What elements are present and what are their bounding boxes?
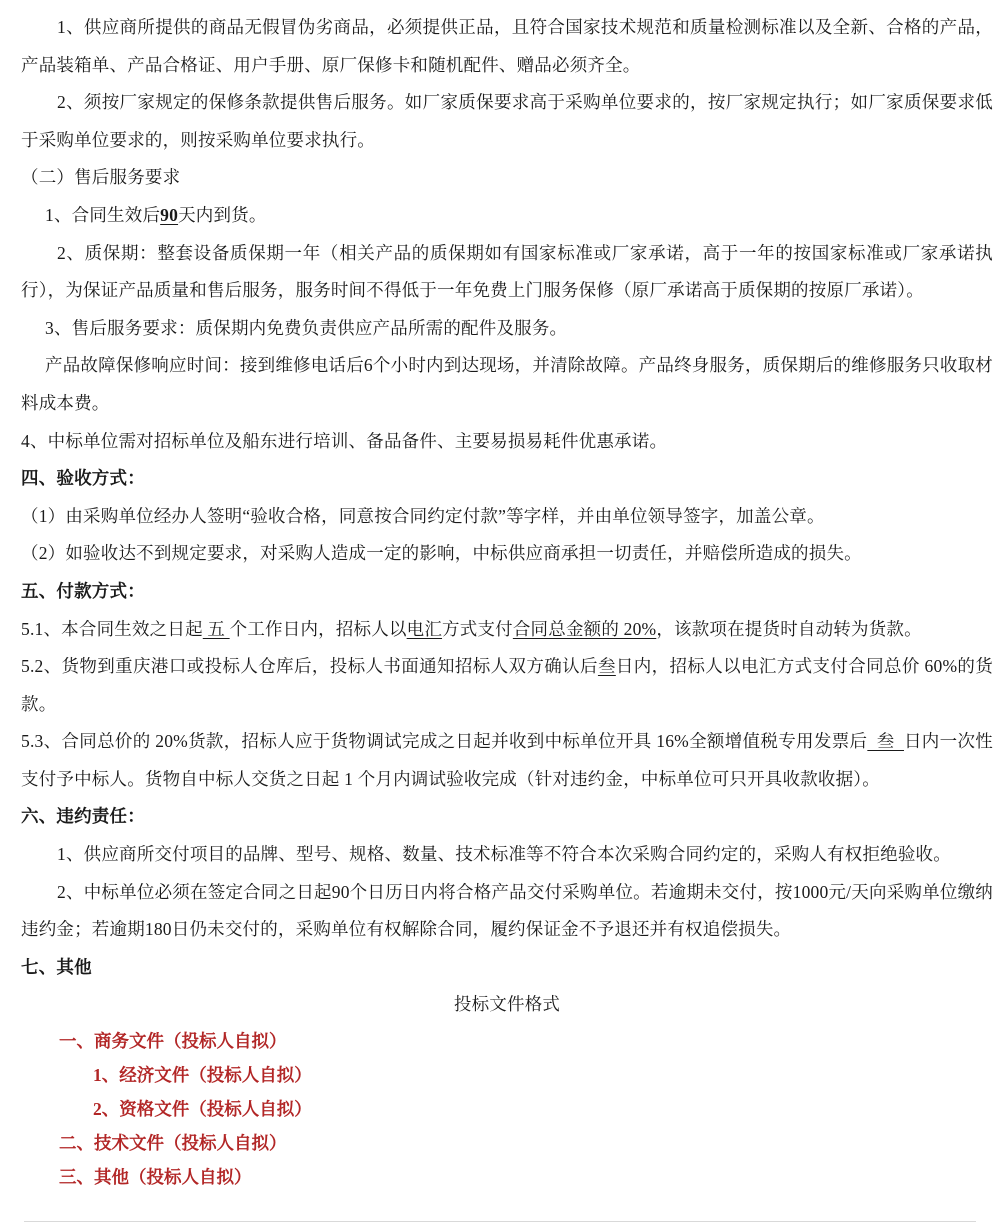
underlined-three-days-invoice: 叁 [867,731,904,751]
paragraph-breach-penalty: 2、中标单位必须在签定合同之日起90个日历日内将合格产品交付采购单位。若逾期未交… [21,874,993,949]
red-item-technical-documents: 二、技术文件（投标人自拟） [21,1126,993,1160]
underlined-contract-percentage: 合同总金额的 20% [513,619,656,639]
underlined-days-value: 90 [160,205,178,225]
text-run: 天内到货。 [178,205,267,225]
paragraph-delivery-deadline: 1、合同生效后90天内到货。 [21,197,993,235]
paragraph-payment-5-2: 5.2、货物到重庆港口或投标人仓库后，投标人书面通知招标人双方确认后叁日内，招标… [21,648,993,723]
heading-acceptance-method: 四、验收方式： [21,460,993,498]
document-body: 1、供应商所提供的商品无假冒伪劣商品，必须提供正品，且符合国家技术规范和质量检测… [0,0,1000,1194]
text-run: ，该款项在提货时自动转为货款。 [656,619,922,639]
red-item-commercial-documents: 一、商务文件（投标人自拟） [21,1024,993,1058]
paragraph-acceptance-signoff: （1）由采购单位经办人签明“验收合格，同意按合同约定付款”等字样，并由单位领导签… [21,498,993,536]
paragraph-acceptance-liability: （2）如验收达不到规定要求，对采购人造成一定的影响，中标供应商承担一切责任，并赔… [21,535,993,573]
heading-others: 七、其他 [21,949,993,987]
document-page: 1、供应商所提供的商品无假冒伪劣商品，必须提供正品，且符合国家技术规范和质量检测… [0,0,1000,1227]
paragraph-after-sales-service: 3、售后服务要求：质保期内免费负责供应产品所需的配件及服务。 [21,310,993,348]
heading-breach-liability: 六、违约责任： [21,798,993,836]
text-run: 方式支付 [442,619,513,639]
heading-after-sales-requirements: （二）售后服务要求 [21,159,993,197]
red-item-economic-documents: 1、经济文件（投标人自拟） [21,1058,993,1092]
paragraph-breach-rejection: 1、供应商所交付项目的品牌、型号、规格、数量、技术标准等不符合本次采购合同约定的… [21,836,993,874]
paragraph-payment-5-3: 5.3、合同总价的 20%货款，招标人应于货物调试完成之日起并收到中标单位开具 … [21,723,993,798]
paragraph-payment-5-1: 5.1、本合同生效之日起 五 个工作日内，招标人以电汇方式支付合同总金额的 20… [21,611,993,649]
heading-payment-method: 五、付款方式： [21,573,993,611]
bid-document-format-title: 投标文件格式 [21,986,993,1024]
underlined-workdays-value: 五 [203,619,230,639]
red-item-other-documents: 三、其他（投标人自拟） [21,1160,993,1194]
text-run: 个工作日内，招标人以 [230,619,407,639]
page-bottom-divider [24,1221,976,1222]
paragraph-repair-response-time: 产品故障保修响应时间：接到维修电话后6个小时内到达现场，并清除故障。产品终身服务… [21,347,993,422]
text-run: 5.1、本合同生效之日起 [21,619,203,639]
paragraph-manufacturer-warranty: 2、须按厂家规定的保修条款提供售后服务。如厂家质保要求高于采购单位要求的，按厂家… [21,84,993,159]
text-run: 5.3、合同总价的 20%货款，招标人应于货物调试完成之日起并收到中标单位开具 … [21,731,867,751]
paragraph-genuine-products: 1、供应商所提供的商品无假冒伪劣商品，必须提供正品，且符合国家技术规范和质量检测… [21,9,993,84]
underlined-three-days: 叁 [598,656,616,676]
paragraph-training-commitment: 4、中标单位需对招标单位及船东进行培训、备品备件、主要易损易耗件优惠承诺。 [21,423,993,461]
red-item-qualification-documents: 2、资格文件（投标人自拟） [21,1092,993,1126]
paragraph-warranty-period: 2、质保期：整套设备质保期一年（相关产品的质保期如有国家标准或厂家承诺，高于一年… [21,235,993,310]
text-run: 5.2、货物到重庆港口或投标人仓库后，投标人书面通知招标人双方确认后 [21,656,598,676]
text-run: 1、合同生效后 [45,205,160,225]
underlined-wire-transfer: 电汇 [407,619,442,639]
